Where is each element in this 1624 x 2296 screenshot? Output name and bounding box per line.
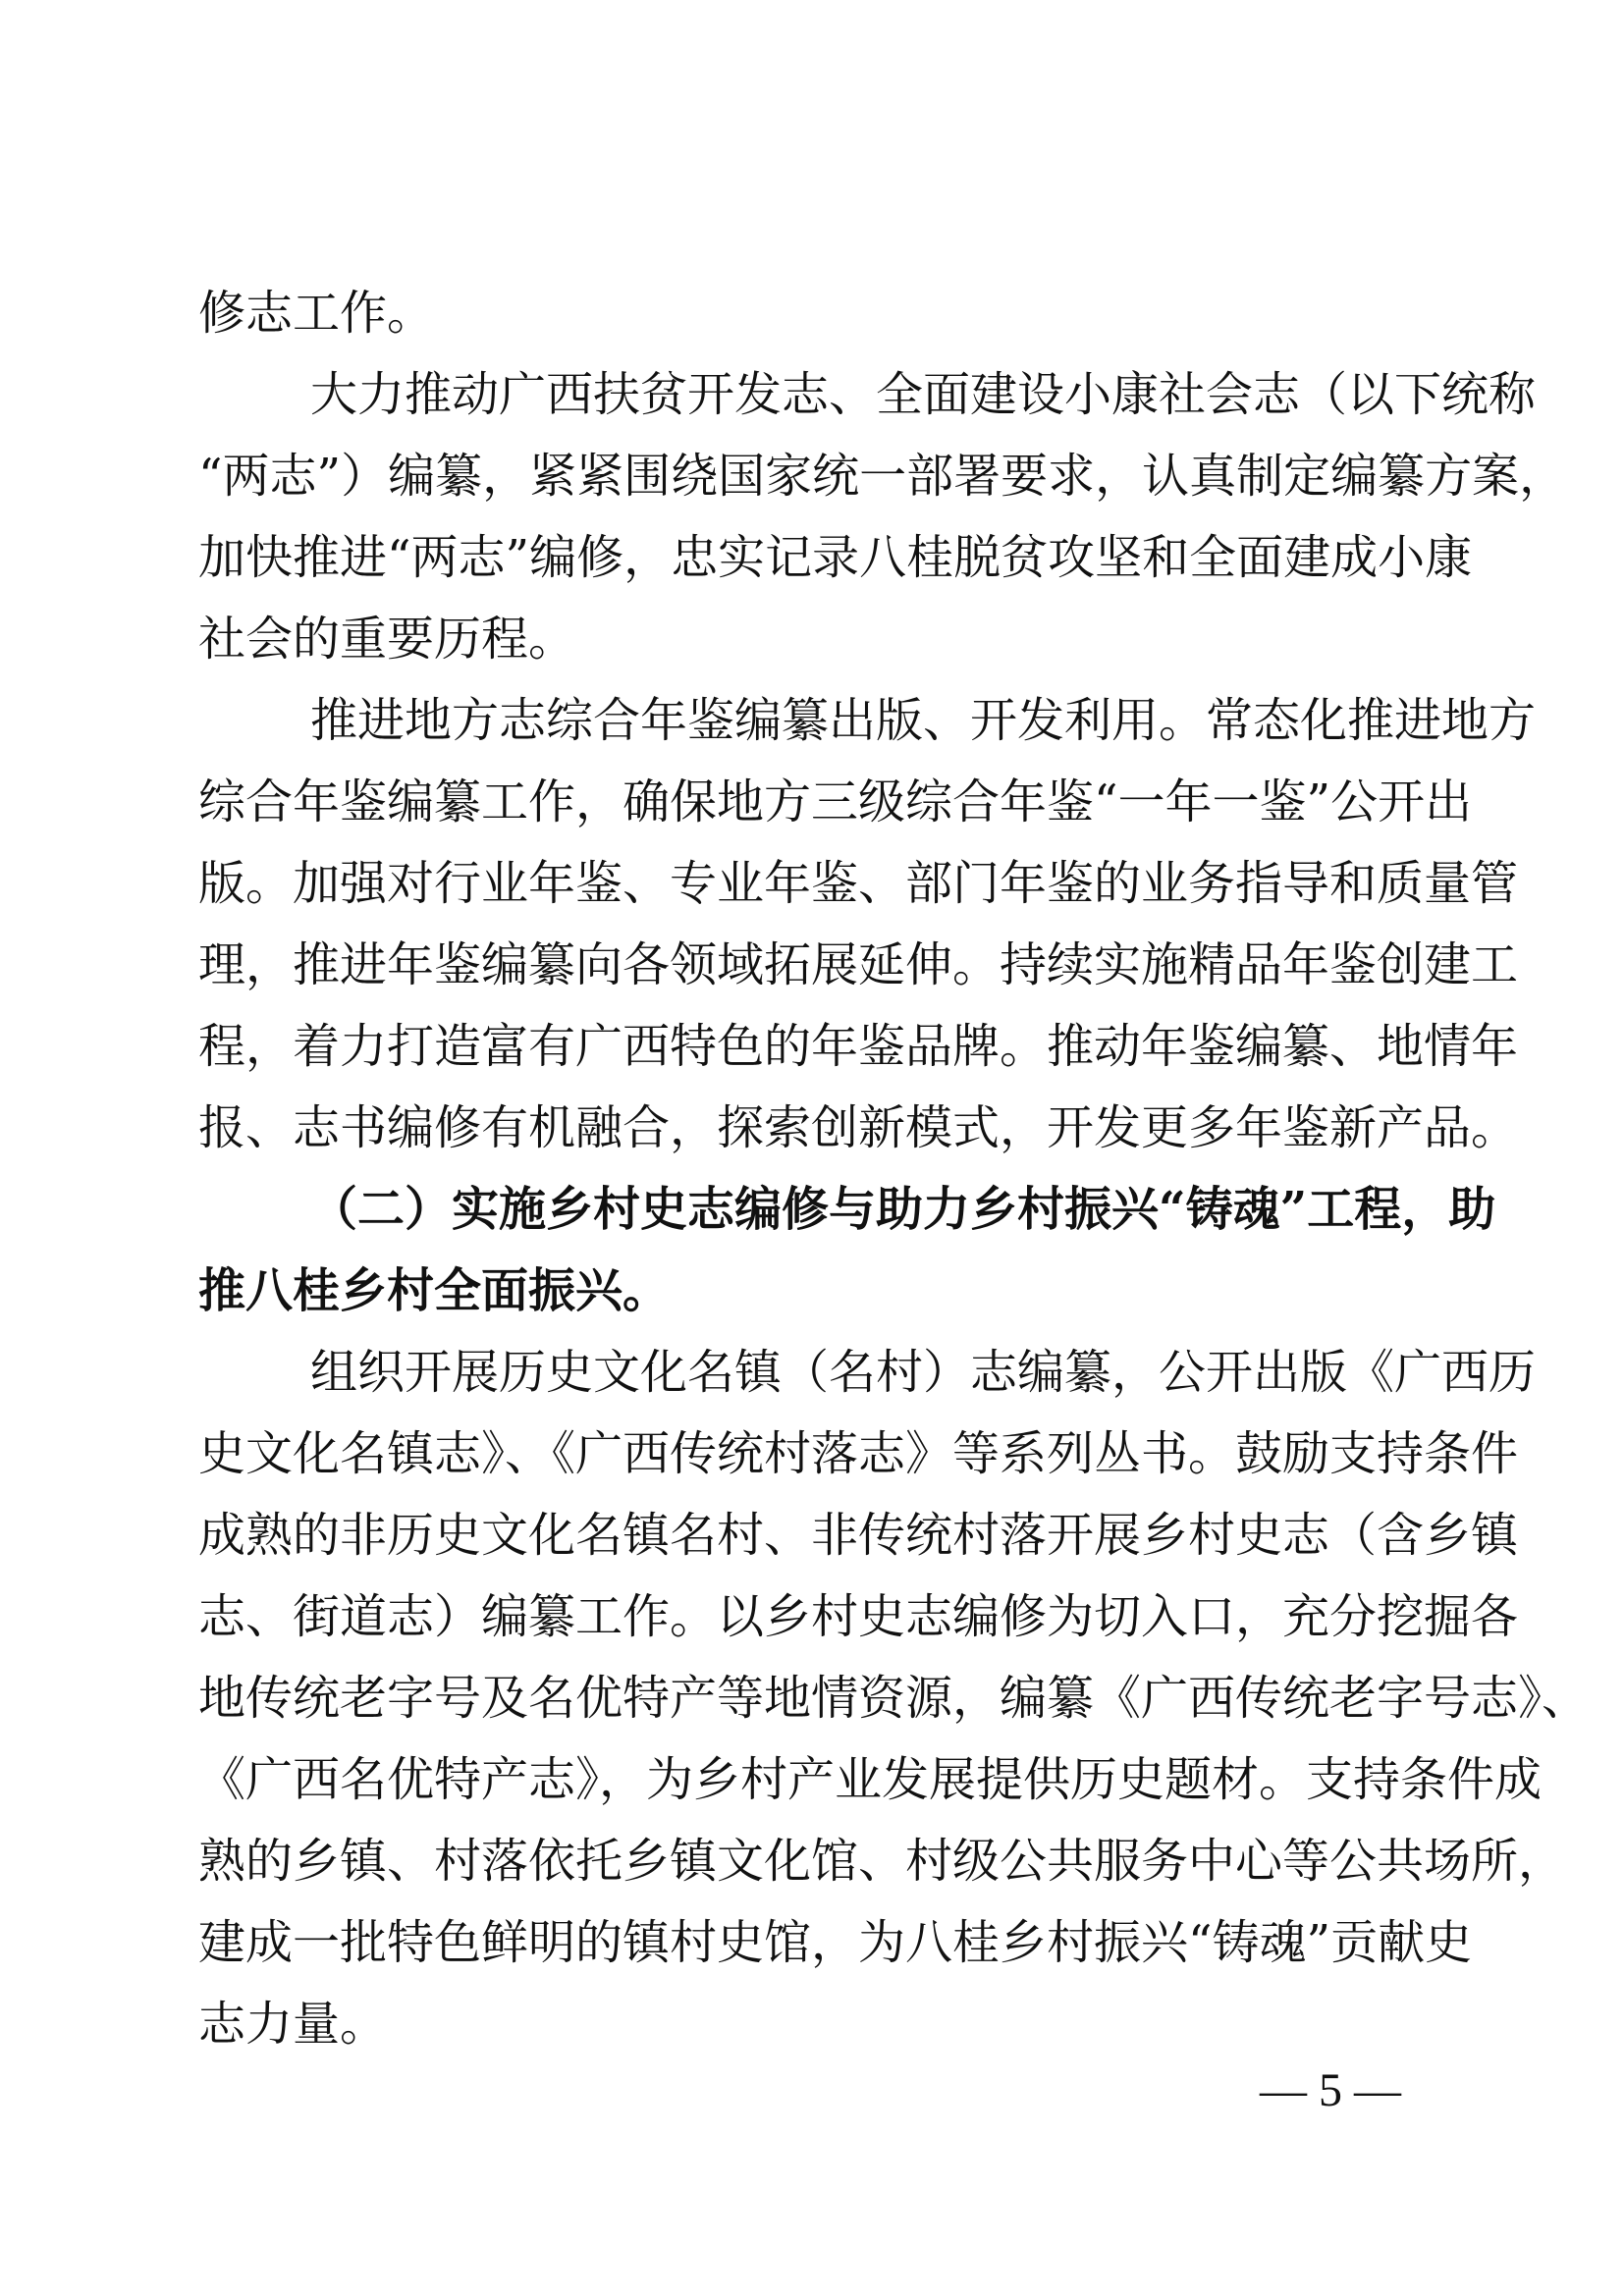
paragraph-line: 熟的乡镇、村落依托乡镇文化馆、村级公共服务中心等公共场所，: [198, 1821, 1430, 1902]
paragraph-line: “两志”）编纂，紧紧围绕国家统一部署要求，认真制定编纂方案，: [198, 436, 1430, 517]
paragraph-line: 成熟的非历史文化名镇名村、非传统村落开展乡村史志（含乡镇: [198, 1495, 1430, 1576]
paragraph-line: 地传统老字号及名优特产等地情资源，编纂《广西传统老字号志》、: [198, 1658, 1430, 1739]
paragraph-line: 大力推动广西扶贫开发志、全面建设小康社会志（以下统称: [310, 354, 1430, 436]
document-page: 修志工作。大力推动广西扶贫开发志、全面建设小康社会志（以下统称“两志”）编纂，紧…: [0, 0, 1624, 2296]
paragraph-line: 志力量。: [198, 1984, 1430, 2065]
paragraph-line: 志、街道志）编纂工作。以乡村史志编修为切入口，充分挖掘各: [198, 1576, 1430, 1658]
paragraph-line: 修志工作。: [198, 273, 1430, 354]
paragraph-line: 《广西名优特产志》，为乡村产业发展提供历史题材。支持条件成: [198, 1739, 1430, 1821]
paragraph-line: 社会的重要历程。: [198, 599, 1430, 680]
paragraph-line: 推进地方志综合年鉴编纂出版、开发利用。常态化推进地方: [310, 680, 1430, 762]
paragraph-line: 报、志书编修有机融合，探索创新模式，开发更多年鉴新产品。: [198, 1088, 1430, 1169]
section-heading-line: 推八桂乡村全面振兴。: [198, 1251, 1430, 1332]
paragraph-line: 组织开展历史文化名镇（名村）志编纂，公开出版《广西历: [310, 1332, 1430, 1414]
paragraph-line: 理，推进年鉴编纂向各领域拓展延伸。持续实施精品年鉴创建工: [198, 925, 1430, 1006]
section-heading-line: （二）实施乡村史志编修与助力乡村振兴“铸魂”工程，助: [310, 1169, 1430, 1251]
paragraph-line: 版。加强对行业年鉴、专业年鉴、部门年鉴的业务指导和质量管: [198, 843, 1430, 925]
page-number: — 5 —: [1257, 2061, 1404, 2120]
paragraph-line: 加快推进“两志”编修，忠实记录八桂脱贫攻坚和全面建成小康: [198, 517, 1430, 599]
paragraph-line: 史文化名镇志》、《广西传统村落志》等系列丛书。鼓励支持条件: [198, 1414, 1430, 1495]
paragraph-line: 建成一批特色鲜明的镇村史馆，为八桂乡村振兴“铸魂”贡献史: [198, 1902, 1430, 1984]
paragraph-line: 综合年鉴编纂工作，确保地方三级综合年鉴“一年一鉴”公开出: [198, 762, 1430, 843]
paragraph-line: 程，着力打造富有广西特色的年鉴品牌。推动年鉴编纂、地情年: [198, 1006, 1430, 1088]
